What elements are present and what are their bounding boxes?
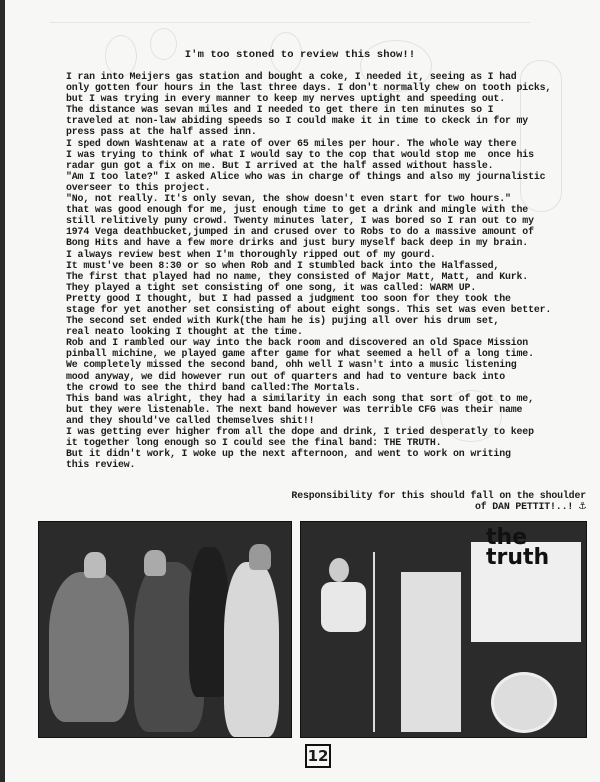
band-sign-line-2: truth — [486, 545, 549, 570]
figure — [224, 562, 279, 737]
body-line: but I was trying in every manner to keep… — [66, 93, 586, 104]
body-line: real neato looking I thought at the time… — [66, 326, 586, 337]
band-sign: thetruth — [486, 528, 549, 568]
body-line: I ran into Meijers gas station and bough… — [66, 71, 586, 82]
body-line: I was getting ever higher from all the d… — [66, 426, 586, 437]
body-line: mood anyway, we did however run out of q… — [66, 371, 586, 382]
figure-head — [84, 552, 106, 578]
guitarist-head — [329, 558, 349, 582]
body-line: The first that played had no name, they … — [66, 271, 586, 282]
body-line: and they should've called themselves shi… — [66, 415, 586, 426]
body-line: I always review best when I'm thoroughly… — [66, 249, 586, 260]
body-line: The distance was sevan miles and I neede… — [66, 104, 586, 115]
figure — [189, 547, 229, 697]
body-line: stage for yet another set consisting of … — [66, 304, 586, 315]
figure-head — [249, 544, 271, 570]
body-line: it together long enough so I could see t… — [66, 437, 586, 448]
body-line: radar gun got a fix on me. But I arrived… — [66, 160, 586, 171]
doodle-icon: ⚓ — [579, 499, 586, 513]
body-line: 1974 Vega deathbucket,jumped in and crus… — [66, 226, 586, 237]
body-line: They played a tight set consisting of on… — [66, 282, 586, 293]
body-line: but they were listenable. The next band … — [66, 404, 586, 415]
body-line: that was good enough for me, just enough… — [66, 204, 586, 215]
body-line: "No, not really. It's only sevan, the sh… — [66, 193, 586, 204]
body-line: This band was alright, they had a simila… — [66, 393, 586, 404]
body-line: I was trying to think of what I would sa… — [66, 149, 586, 160]
signature-line-1: Responsibility for this should fall on t… — [291, 490, 586, 501]
article-title: I'm too stoned to review this show!! — [0, 49, 600, 61]
guitarist — [321, 582, 366, 632]
mic-stand — [373, 552, 375, 732]
figure — [49, 572, 129, 722]
page-number: 12 — [305, 744, 331, 768]
background-line — [50, 22, 530, 23]
body-line: We completely missed the second band, oh… — [66, 359, 586, 370]
body-line: still relitively puny crowd. Twenty minu… — [66, 215, 586, 226]
bassist — [401, 572, 461, 732]
body-line: Bong Hits and have a few more drirks and… — [66, 237, 586, 248]
body-line: Pretty good I thought, but I had passed … — [66, 293, 586, 304]
scan-edge — [0, 0, 5, 782]
body-line: this review. — [66, 459, 586, 470]
signature: Responsibility for this should fall on t… — [258, 490, 586, 512]
body-line: It must've been 8:30 or so when Rob and … — [66, 260, 586, 271]
body-line: overseer to this project. — [66, 182, 586, 193]
signature-line-2: of DAN PETTIT!..! — [475, 501, 573, 512]
band-photo: thetruth — [300, 521, 587, 738]
article-body: I ran into Meijers gas station and bough… — [66, 71, 586, 470]
body-line: press pass at the half assed inn. — [66, 126, 586, 137]
body-line: The second set ended with Kurk(the ham h… — [66, 315, 586, 326]
bass-drum — [491, 672, 557, 733]
body-line: Rob and I rambled our way into the back … — [66, 337, 586, 348]
body-line: "Am I too late?" I asked Alice who was i… — [66, 171, 586, 182]
figure-head — [144, 550, 166, 576]
crowd-photo — [38, 521, 292, 738]
body-line: only gotten four hours in the last three… — [66, 82, 586, 93]
body-line: I sped down Washtenaw at a rate of over … — [66, 138, 586, 149]
body-line: But it didn't work, I woke up the next a… — [66, 448, 586, 459]
body-line: traveled at non-law abiding speeds so I … — [66, 115, 586, 126]
body-line: pinball michine, we played game after ga… — [66, 348, 586, 359]
body-line: the crowd to see the third band called:T… — [66, 382, 586, 393]
